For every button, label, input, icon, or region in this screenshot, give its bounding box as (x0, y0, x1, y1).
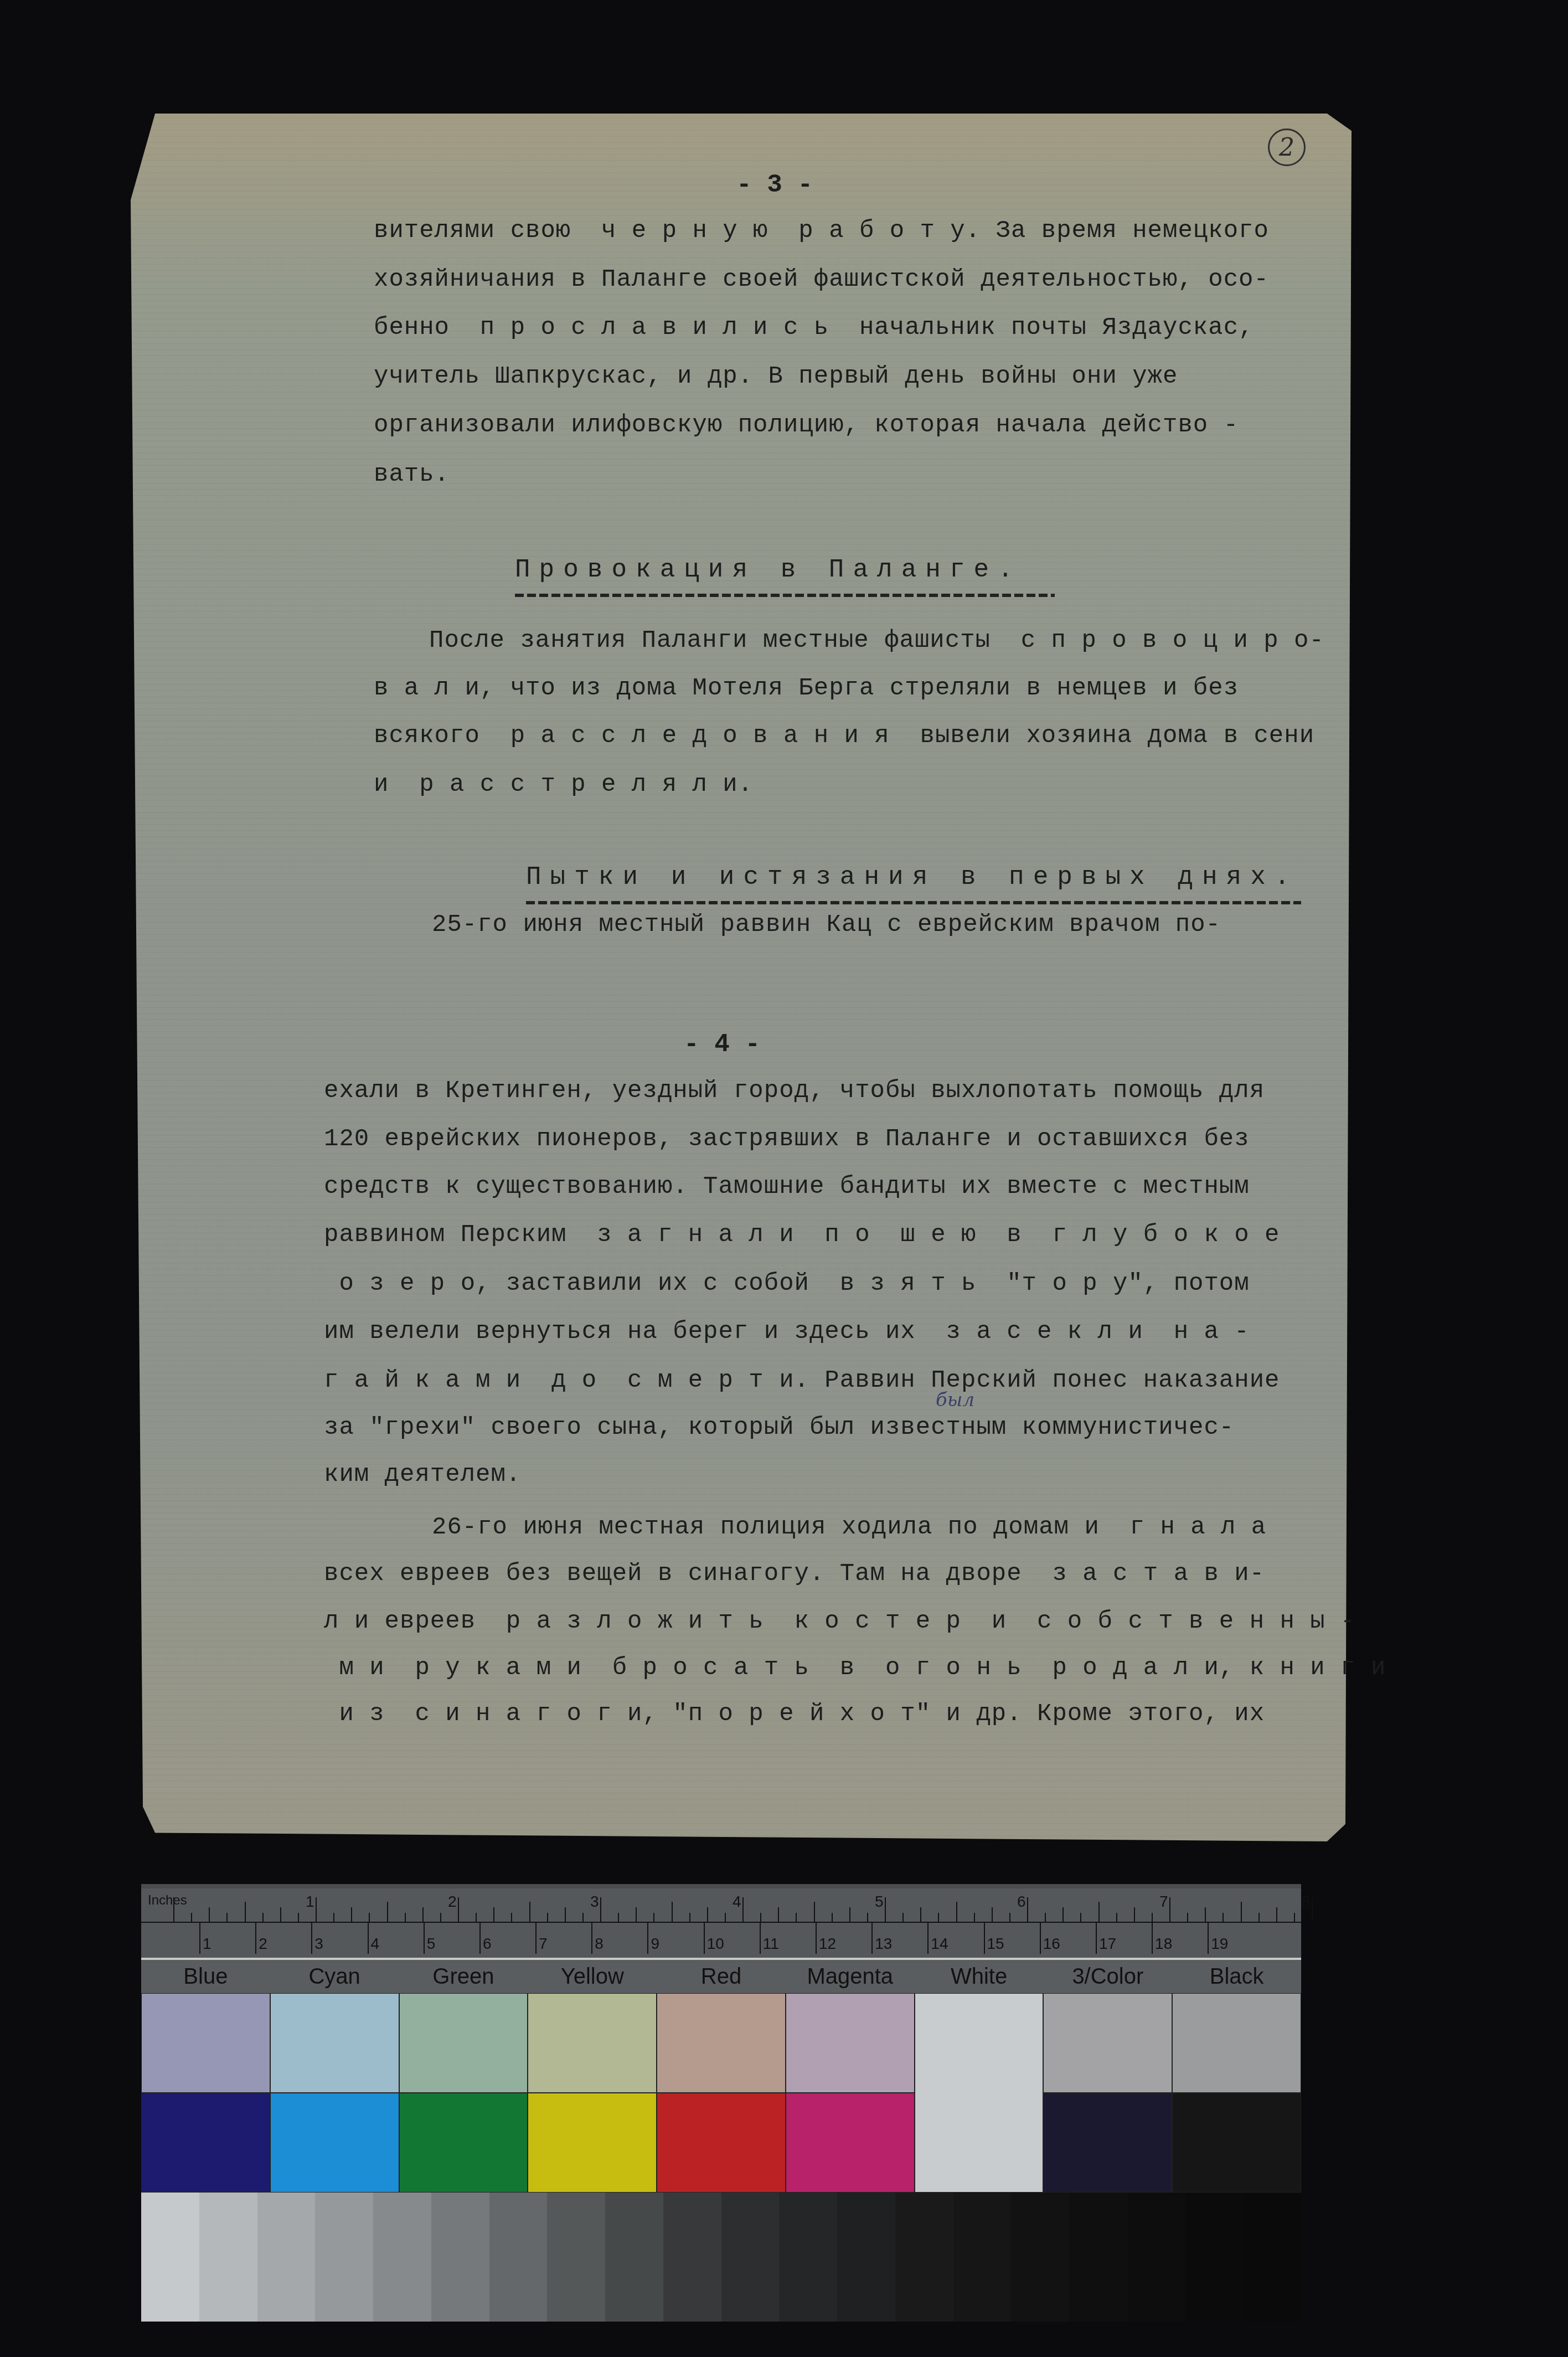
inch-tick (1098, 1902, 1100, 1922)
inch-tick (280, 1907, 281, 1922)
label-3color: 3/Color (1043, 1960, 1172, 1993)
gray-step (431, 2193, 489, 2322)
label-black: Black (1172, 1960, 1301, 1993)
text-line: г а й к а м и д о с м е р т и. Раввин Пе… (324, 1367, 1280, 1394)
gray-step (837, 2193, 895, 2322)
text-line: После занятия Паланги местные фашисты с … (429, 627, 1324, 655)
inch-tick (1045, 1913, 1046, 1922)
cm-tick (591, 1923, 592, 1954)
color-swatch-grid (141, 1993, 1301, 2193)
inch-tick (1152, 1913, 1153, 1922)
inch-tick (849, 1907, 850, 1922)
gray-step (547, 2193, 605, 2322)
light-swatch-blue (141, 1993, 270, 2093)
text-line: 25-го июня местный раввин Кац с еврейски… (432, 911, 1221, 939)
heading-underline (526, 901, 1301, 904)
inch-tick (689, 1913, 690, 1922)
color-calibration-target: Inches 12345678 123456789101112131415161… (141, 1884, 1301, 2322)
gray-step (199, 2193, 257, 2322)
light-swatch-yellow (528, 1993, 657, 2093)
label-blue: Blue (141, 1960, 270, 1993)
gray-step (663, 2193, 721, 2322)
inch-tick (920, 1907, 921, 1922)
text-line: и з с и н а г о г и, "п о р е й х о т" и… (324, 1700, 1265, 1728)
text-line: средств к существованию. Тамошние бандит… (324, 1173, 1250, 1201)
label-cyan: Cyan (270, 1960, 399, 1993)
gray-step (1011, 2193, 1069, 2322)
section-heading-provocation: Провокация в Паланге. (515, 555, 1022, 584)
light-swatch-black (1172, 1993, 1301, 2093)
gray-step (489, 2193, 548, 2322)
text-line: им велели вернуться на берег и здесь их … (324, 1318, 1250, 1346)
text-line: всякого р а с с л е д о в а н и я вывели… (374, 722, 1314, 750)
inch-tick (511, 1913, 512, 1922)
cm-tick (1040, 1923, 1041, 1954)
text-line: ким деятелем. (324, 1461, 521, 1489)
cm-tick (479, 1923, 481, 1954)
light-swatch-green (399, 1993, 528, 2093)
cm-tick (535, 1923, 537, 1954)
inch-tick (725, 1913, 726, 1922)
inch-tick (173, 1897, 174, 1922)
inch-tick (796, 1913, 797, 1922)
inch-tick (938, 1913, 939, 1922)
inch-tick (902, 1913, 904, 1922)
cm-tick (368, 1923, 369, 1954)
cm-tick (199, 1923, 200, 1954)
inch-tick (458, 1897, 459, 1922)
text-line: раввином Перским з а г н а л и п о ш е ю… (324, 1221, 1280, 1249)
measurement-ruler: Inches 12345678 123456789101112131415161… (141, 1888, 1301, 1960)
circled-page-annotation: 2 (1268, 128, 1306, 166)
dark-swatch-red (657, 2093, 786, 2193)
inch-tick (778, 1907, 779, 1922)
inch-mark-label: 3 (590, 1893, 599, 1911)
text-line: учитель Шапкрускас, и др. В первый день … (374, 363, 1178, 390)
cm-mark-label: 15 (987, 1935, 1004, 1953)
color-label-row: Blue Cyan Green Yellow Red Magenta White… (141, 1960, 1301, 1993)
inch-tick (1223, 1913, 1224, 1922)
text-line: л и евреев р а з л о ж и т ь к о с т е р… (324, 1608, 1356, 1635)
cm-mark-label: 19 (1211, 1935, 1228, 1953)
text-line: бенно п р о с л а в и л и с ь начальник … (374, 314, 1254, 342)
inch-tick (814, 1902, 815, 1922)
inch-tick (1009, 1913, 1010, 1922)
label-green: Green (399, 1960, 528, 1993)
inch-tick (1205, 1907, 1206, 1922)
cm-mark-label: 10 (707, 1935, 724, 1953)
inch-tick (298, 1913, 299, 1922)
inch-tick (351, 1907, 352, 1922)
inch-tick (582, 1913, 584, 1922)
cm-tick (816, 1923, 817, 1954)
text-line: 26-го июня местная полиция ходила по дом… (432, 1514, 1266, 1541)
text-line: о з е р о, заставили их с собой в з я т … (324, 1270, 1250, 1298)
inch-tick (600, 1897, 601, 1922)
text-line: ехали в Кретинген, уездный город, чтобы … (324, 1077, 1265, 1105)
gray-step (895, 2193, 953, 2322)
cm-mark-label: 5 (427, 1935, 436, 1953)
inch-mark-label: 6 (1017, 1893, 1026, 1911)
inch-tick (1276, 1907, 1277, 1922)
inch-tick (1187, 1913, 1188, 1922)
text-line: в а л и, что из дома Мотеля Берга стреля… (374, 675, 1239, 702)
light-swatch-magenta (786, 1993, 915, 2093)
cm-mark-label: 1 (203, 1935, 212, 1953)
inch-tick (369, 1913, 370, 1922)
inch-tick (1134, 1907, 1135, 1922)
cm-mark-label: 16 (1043, 1935, 1060, 1953)
gray-step (257, 2193, 316, 2322)
inch-tick (1116, 1913, 1117, 1922)
inch-tick (405, 1913, 406, 1922)
dark-swatch-yellow (528, 2093, 657, 2193)
cm-tick (1096, 1923, 1097, 1954)
handwritten-correction: был (936, 1389, 974, 1411)
inch-tick (832, 1913, 833, 1922)
dark-swatch-blue (141, 2093, 270, 2193)
inch-tick (1312, 1897, 1313, 1922)
gray-step (605, 2193, 663, 2322)
grayscale-steps (141, 2193, 1301, 2322)
cm-mark-label: 9 (651, 1935, 659, 1953)
inch-tick (547, 1913, 548, 1922)
cm-mark-label: 13 (875, 1935, 892, 1953)
inch-tick (476, 1913, 477, 1922)
inch-tick (618, 1913, 619, 1922)
cm-tick (1208, 1923, 1209, 1954)
inch-mark-label: 2 (448, 1893, 457, 1911)
light-swatch-3color (1043, 1993, 1172, 2093)
inch-tick (742, 1897, 744, 1922)
inch-tick (529, 1902, 530, 1922)
label-white: White (915, 1960, 1044, 1993)
cm-tick (984, 1923, 985, 1954)
inch-tick (226, 1913, 228, 1922)
inch-tick (316, 1897, 317, 1922)
label-magenta: Magenta (786, 1960, 915, 1993)
cm-tick (311, 1923, 312, 1954)
page-number-4: - 4 - (684, 1030, 760, 1059)
heading-underline (515, 594, 1055, 597)
inch-tick (440, 1913, 441, 1922)
inch-tick (1258, 1913, 1260, 1922)
gray-step (779, 2193, 837, 2322)
section-heading-torture: Пытки и истязания в первых днях. (526, 863, 1298, 892)
inch-tick (493, 1907, 494, 1922)
dark-swatch-magenta (786, 2093, 915, 2193)
gray-step (1069, 2193, 1127, 2322)
gray-step (1243, 2193, 1301, 2322)
inch-tick (333, 1913, 334, 1922)
inch-tick (636, 1907, 637, 1922)
inch-tick (956, 1902, 957, 1922)
cm-mark-label: 3 (314, 1935, 323, 1953)
text-line: вителями свою ч е р н у ю р а б о т у. З… (374, 217, 1269, 245)
light-swatch-white (915, 1993, 1044, 2193)
gray-step (373, 2193, 431, 2322)
dark-swatch-black (1172, 2093, 1301, 2193)
label-red: Red (657, 1960, 786, 1993)
inch-tick (707, 1907, 708, 1922)
cm-tick (255, 1923, 256, 1954)
cm-mark-label: 12 (819, 1935, 836, 1953)
cm-tick (424, 1923, 425, 1954)
inch-tick (262, 1913, 264, 1922)
inch-tick (867, 1913, 868, 1922)
text-line: всех евреев без вещей в синагогу. Там на… (324, 1560, 1265, 1588)
gray-step (1185, 2193, 1244, 2322)
light-swatch-red (657, 1993, 786, 2093)
label-yellow: Yellow (528, 1960, 657, 1993)
gray-step (953, 2193, 1012, 2322)
cm-mark-label: 17 (1099, 1935, 1116, 1953)
inch-tick (885, 1897, 886, 1922)
inch-tick (1241, 1902, 1242, 1922)
text-line: вать. (374, 461, 450, 488)
cm-mark-label: 14 (931, 1935, 948, 1953)
inch-mark-label: 5 (875, 1893, 884, 1911)
inch-tick (245, 1902, 246, 1922)
gray-step (721, 2193, 780, 2322)
light-swatch-cyan (270, 1993, 399, 2093)
inch-tick (422, 1907, 424, 1922)
cm-mark-label: 4 (371, 1935, 380, 1953)
inch-tick (1080, 1913, 1081, 1922)
text-line: м и р у к а м и б р о с а т ь в о г о н … (324, 1654, 1386, 1682)
dark-swatch-green (399, 2093, 528, 2193)
cm-mark-label: 11 (763, 1935, 779, 1953)
gray-step (315, 2193, 373, 2322)
cm-mark-label: 2 (259, 1935, 267, 1953)
inch-mark-label: 1 (306, 1893, 314, 1911)
cm-tick (704, 1923, 705, 1954)
cm-mark-label: 18 (1155, 1935, 1172, 1953)
inch-tick (760, 1913, 761, 1922)
text-line: хозяйничания в Паланге своей фашистской … (374, 266, 1269, 294)
inch-tick (1169, 1897, 1170, 1922)
ruler-divider (141, 1922, 1301, 1923)
cm-tick (647, 1923, 648, 1954)
ruler-unit-label: Inches (148, 1893, 187, 1908)
cm-mark-label: 7 (539, 1935, 548, 1953)
inch-mark-label: 4 (733, 1893, 741, 1911)
cm-tick (760, 1923, 761, 1954)
inch-tick (387, 1902, 388, 1922)
inch-tick (191, 1913, 192, 1922)
inch-tick (1294, 1913, 1295, 1922)
cm-tick (927, 1923, 929, 1954)
inch-mark-label: 8 (1302, 1893, 1311, 1911)
inch-tick (974, 1913, 975, 1922)
text-line: и р а с с т р е л я л и. (374, 771, 753, 799)
dark-swatch-cyan (270, 2093, 399, 2193)
page-number-3: - 3 - (736, 171, 813, 199)
text-line: организовали илифовскую полицию, которая… (374, 411, 1239, 439)
cm-tick (1152, 1923, 1153, 1954)
inch-tick (672, 1902, 673, 1922)
text-line: за "грехи" своего сына, который был изве… (324, 1414, 1234, 1442)
text-line: 120 еврейских пионеров, застрявших в Пал… (324, 1125, 1250, 1153)
dark-swatch-3color (1043, 2093, 1172, 2193)
inch-tick (992, 1907, 993, 1922)
inch-tick (565, 1907, 566, 1922)
inch-tick (1027, 1897, 1028, 1922)
cm-mark-label: 6 (483, 1935, 492, 1953)
inch-tick (653, 1913, 654, 1922)
cm-mark-label: 8 (595, 1935, 604, 1953)
gray-step (141, 2193, 199, 2322)
cm-tick (871, 1923, 873, 1954)
inch-tick (209, 1907, 210, 1922)
inch-mark-label: 7 (1159, 1893, 1168, 1911)
inch-tick (1062, 1907, 1064, 1922)
gray-step (1127, 2193, 1185, 2322)
